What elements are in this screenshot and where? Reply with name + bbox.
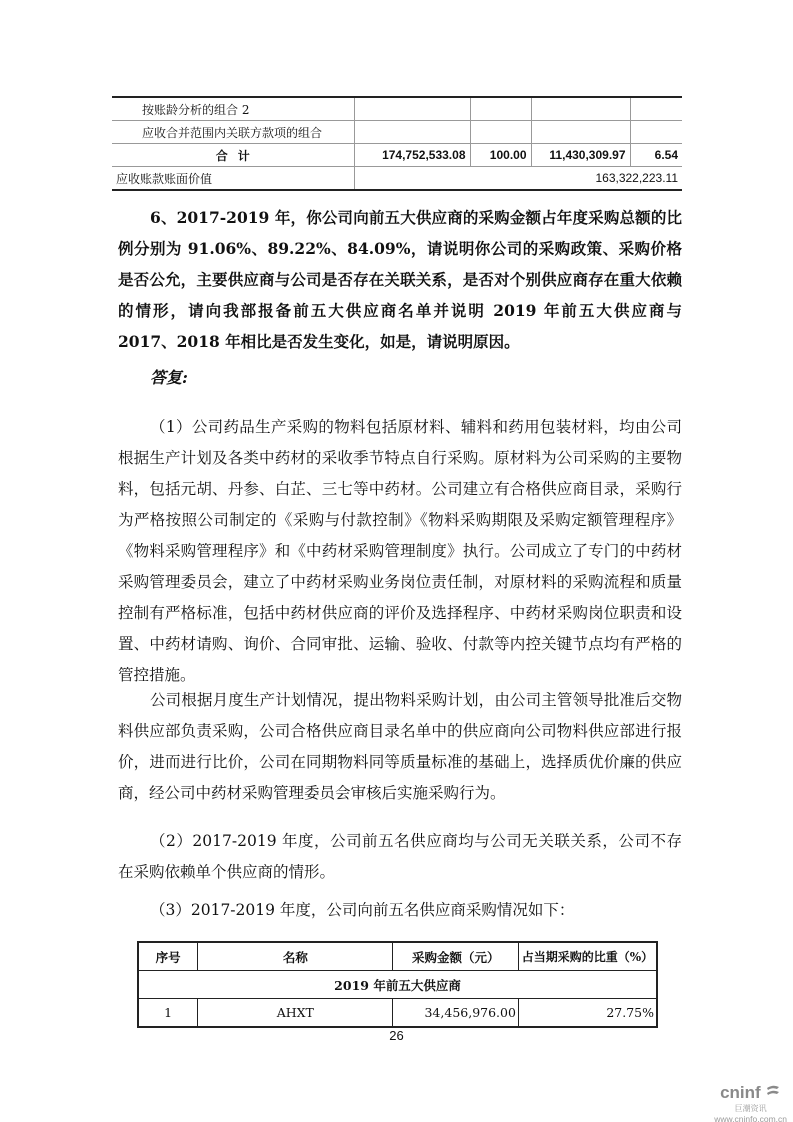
receivables-table: 按账龄分析的组合 2 应收合并范围内关联方款项的组合 合 计 174,752,5…: [112, 96, 682, 191]
row-label: 按账龄分析的组合 2: [112, 97, 354, 121]
header-no: 序号: [138, 942, 198, 971]
page-number: 26: [0, 1028, 793, 1043]
row-no: 1: [138, 999, 198, 1028]
supplier-table: 序号 名称 采购金额（元） 占当期采购的比重（%） 2019 年前五大供应商 1…: [137, 941, 658, 1028]
cell: [630, 97, 682, 121]
total-row: 合 计 174,752,533.08 100.00 11,430,309.97 …: [112, 144, 682, 167]
brand-text: cninf: [720, 1083, 761, 1102]
header-ratio: 占当期采购的比重（%）: [518, 942, 657, 971]
cell: [470, 121, 531, 144]
section-row: 2019 年前五大供应商: [138, 971, 657, 999]
cell: [630, 121, 682, 144]
section-title: 2019 年前五大供应商: [138, 971, 657, 999]
cell: [531, 121, 630, 144]
answer-label: 答复:: [150, 368, 188, 387]
table-header-row: 序号 名称 采购金额（元） 占当期采购的比重（%）: [138, 942, 657, 971]
cninfo-watermark: cninf 巨潮资讯 www.cninfo.com.cn: [714, 1083, 787, 1122]
cninfo-swoosh-icon: [765, 1084, 781, 1103]
question-paragraph: 6、2017-2019 年，你公司向前五大供应商的采购金额占年度采购总额的比例分…: [118, 202, 682, 357]
table-row: 按账龄分析的组合 2: [112, 97, 682, 121]
total-provision-ratio: 6.54: [630, 144, 682, 167]
paragraph-2: 公司根据月度生产计划情况，提出物料采购计划，由公司主管领导批准后交物料供应部负责…: [118, 685, 682, 809]
book-value-row: 应收账款账面价值 163,322,223.11: [112, 167, 682, 191]
row-amount: 34,456,976.00: [393, 999, 518, 1028]
paragraph-3: （2）2017-2019 年度，公司前五名供应商均与公司无关联关系，公司不存在采…: [118, 826, 682, 888]
total-label: 合 计: [112, 144, 354, 167]
paragraph-4: （3）2017-2019 年度，公司向前五名供应商采购情况如下：: [118, 895, 682, 926]
total-provision: 11,430,309.97: [531, 144, 630, 167]
brand-cn: 巨潮资讯: [714, 1103, 787, 1114]
row-ratio: 27.75%: [518, 999, 657, 1028]
answer-heading: 答复:: [150, 362, 714, 394]
book-value-label: 应收账款账面价值: [112, 167, 354, 191]
table-row: 1 AHXT 34,456,976.00 27.75%: [138, 999, 657, 1028]
total-amount: 174,752,533.08: [354, 144, 470, 167]
cell: [354, 121, 470, 144]
header-amount: 采购金额（元）: [393, 942, 518, 971]
row-label: 应收合并范围内关联方款项的组合: [112, 121, 354, 144]
cell: [531, 97, 630, 121]
cell: [354, 97, 470, 121]
brand-url: www.cninfo.com.cn: [714, 1114, 787, 1122]
book-value-amount: 163,322,223.11: [354, 167, 682, 191]
header-name: 名称: [198, 942, 393, 971]
row-name: AHXT: [198, 999, 393, 1028]
cell: [470, 97, 531, 121]
cninfo-logo: cninf: [714, 1083, 787, 1103]
table-row: 应收合并范围内关联方款项的组合: [112, 121, 682, 144]
total-ratio: 100.00: [470, 144, 531, 167]
paragraph-1: （1）公司药品生产采购的物料包括原材料、辅料和药用包装材料，均由公司根据生产计划…: [118, 412, 682, 691]
